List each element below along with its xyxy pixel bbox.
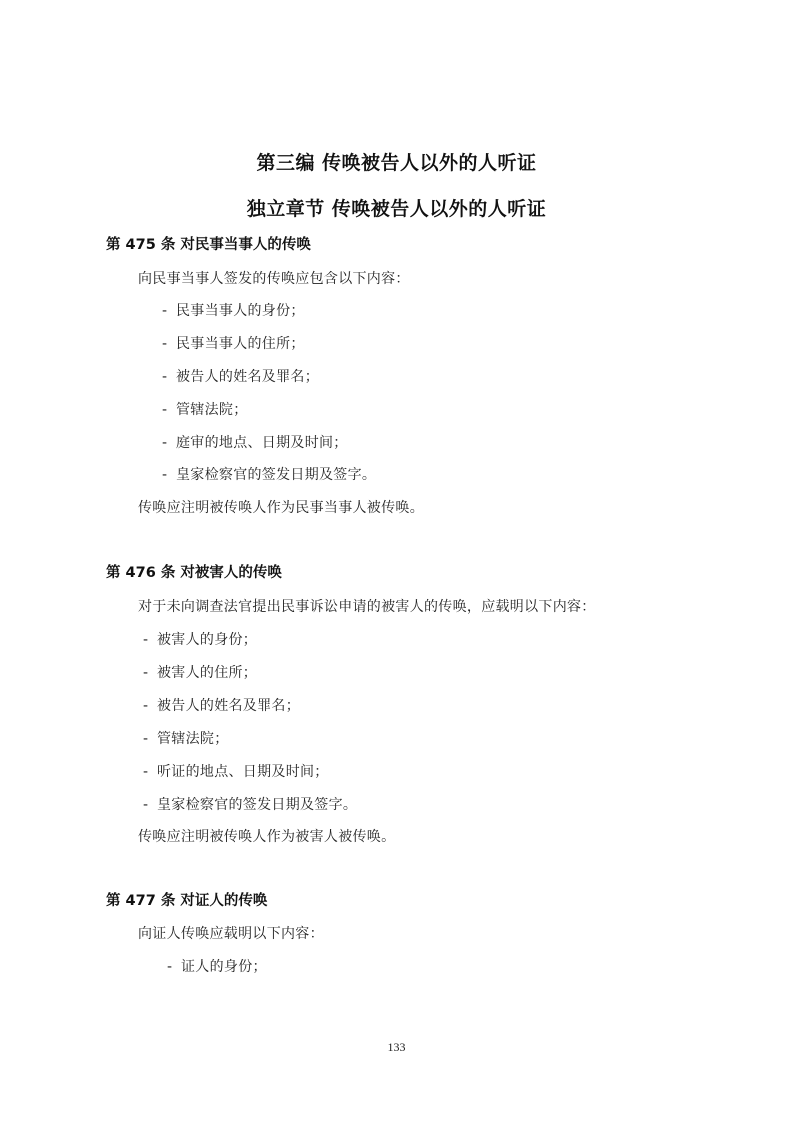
bullet-dash: - [143,632,157,648]
article-475-closing: 传唤应注明被传唤人作为民事当事人被传唤。 [138,497,424,517]
bullet-dash: - [162,369,176,385]
article-476-intro: 对于未向调查法官提出民事诉讼申请的被害人的传唤，应载明以下内容： [138,596,596,616]
article-476-item: -皇家检察官的签发日期及签字。 [143,794,357,814]
bullet-dash: - [162,435,176,451]
article-477-intro: 向证人传唤应载明以下内容： [138,923,324,943]
document-page: 第三编 传唤被告人以外的人听证 独立章节 传唤被告人以外的人听证 第 475 条… [0,0,793,1122]
bullet-dash: - [162,467,176,483]
article-475-item: -被告人的姓名及罪名； [162,366,319,386]
article-475-item: -民事当事人的身份； [162,300,305,320]
article-475-item: -民事当事人的住所； [162,333,305,353]
bullet-dash: - [143,764,157,780]
chapter-title: 独立章节 传唤被告人以外的人听证 [0,194,793,221]
bullet-dash: - [162,402,176,418]
article-476-item: -听证的地点、日期及时间； [143,761,329,781]
bullet-dash: - [143,698,157,714]
article-477-item: -证人的身份； [167,956,267,976]
bullet-dash: - [143,665,157,681]
bullet-dash: - [167,959,181,975]
article-476-item: -被告人的姓名及罪名； [143,695,300,715]
article-477-heading: 第 477 条 对证人的传唤 [106,889,267,910]
bullet-dash: - [143,731,157,747]
article-476-heading: 第 476 条 对被害人的传唤 [106,561,282,582]
page-number: 133 [0,1040,793,1055]
bullet-dash: - [162,303,176,319]
article-475-item: -皇家检察官的签发日期及签字。 [162,464,376,484]
article-476-item: -被害人的身份； [143,629,257,649]
article-476-item: -管辖法院； [143,728,229,748]
bullet-dash: - [162,336,176,352]
article-476-closing: 传唤应注明被传唤人作为被害人被传唤。 [138,826,395,846]
article-475-item: -庭审的地点、日期及时间； [162,432,348,452]
article-475-item: -管辖法院； [162,399,248,419]
bullet-dash: - [143,797,157,813]
article-475-heading: 第 475 条 对民事当事人的传唤 [106,233,311,254]
article-475-intro: 向民事当事人签发的传唤应包含以下内容： [138,268,410,288]
article-476-item: -被害人的住所； [143,662,257,682]
part-title: 第三编 传唤被告人以外的人听证 [0,148,793,175]
